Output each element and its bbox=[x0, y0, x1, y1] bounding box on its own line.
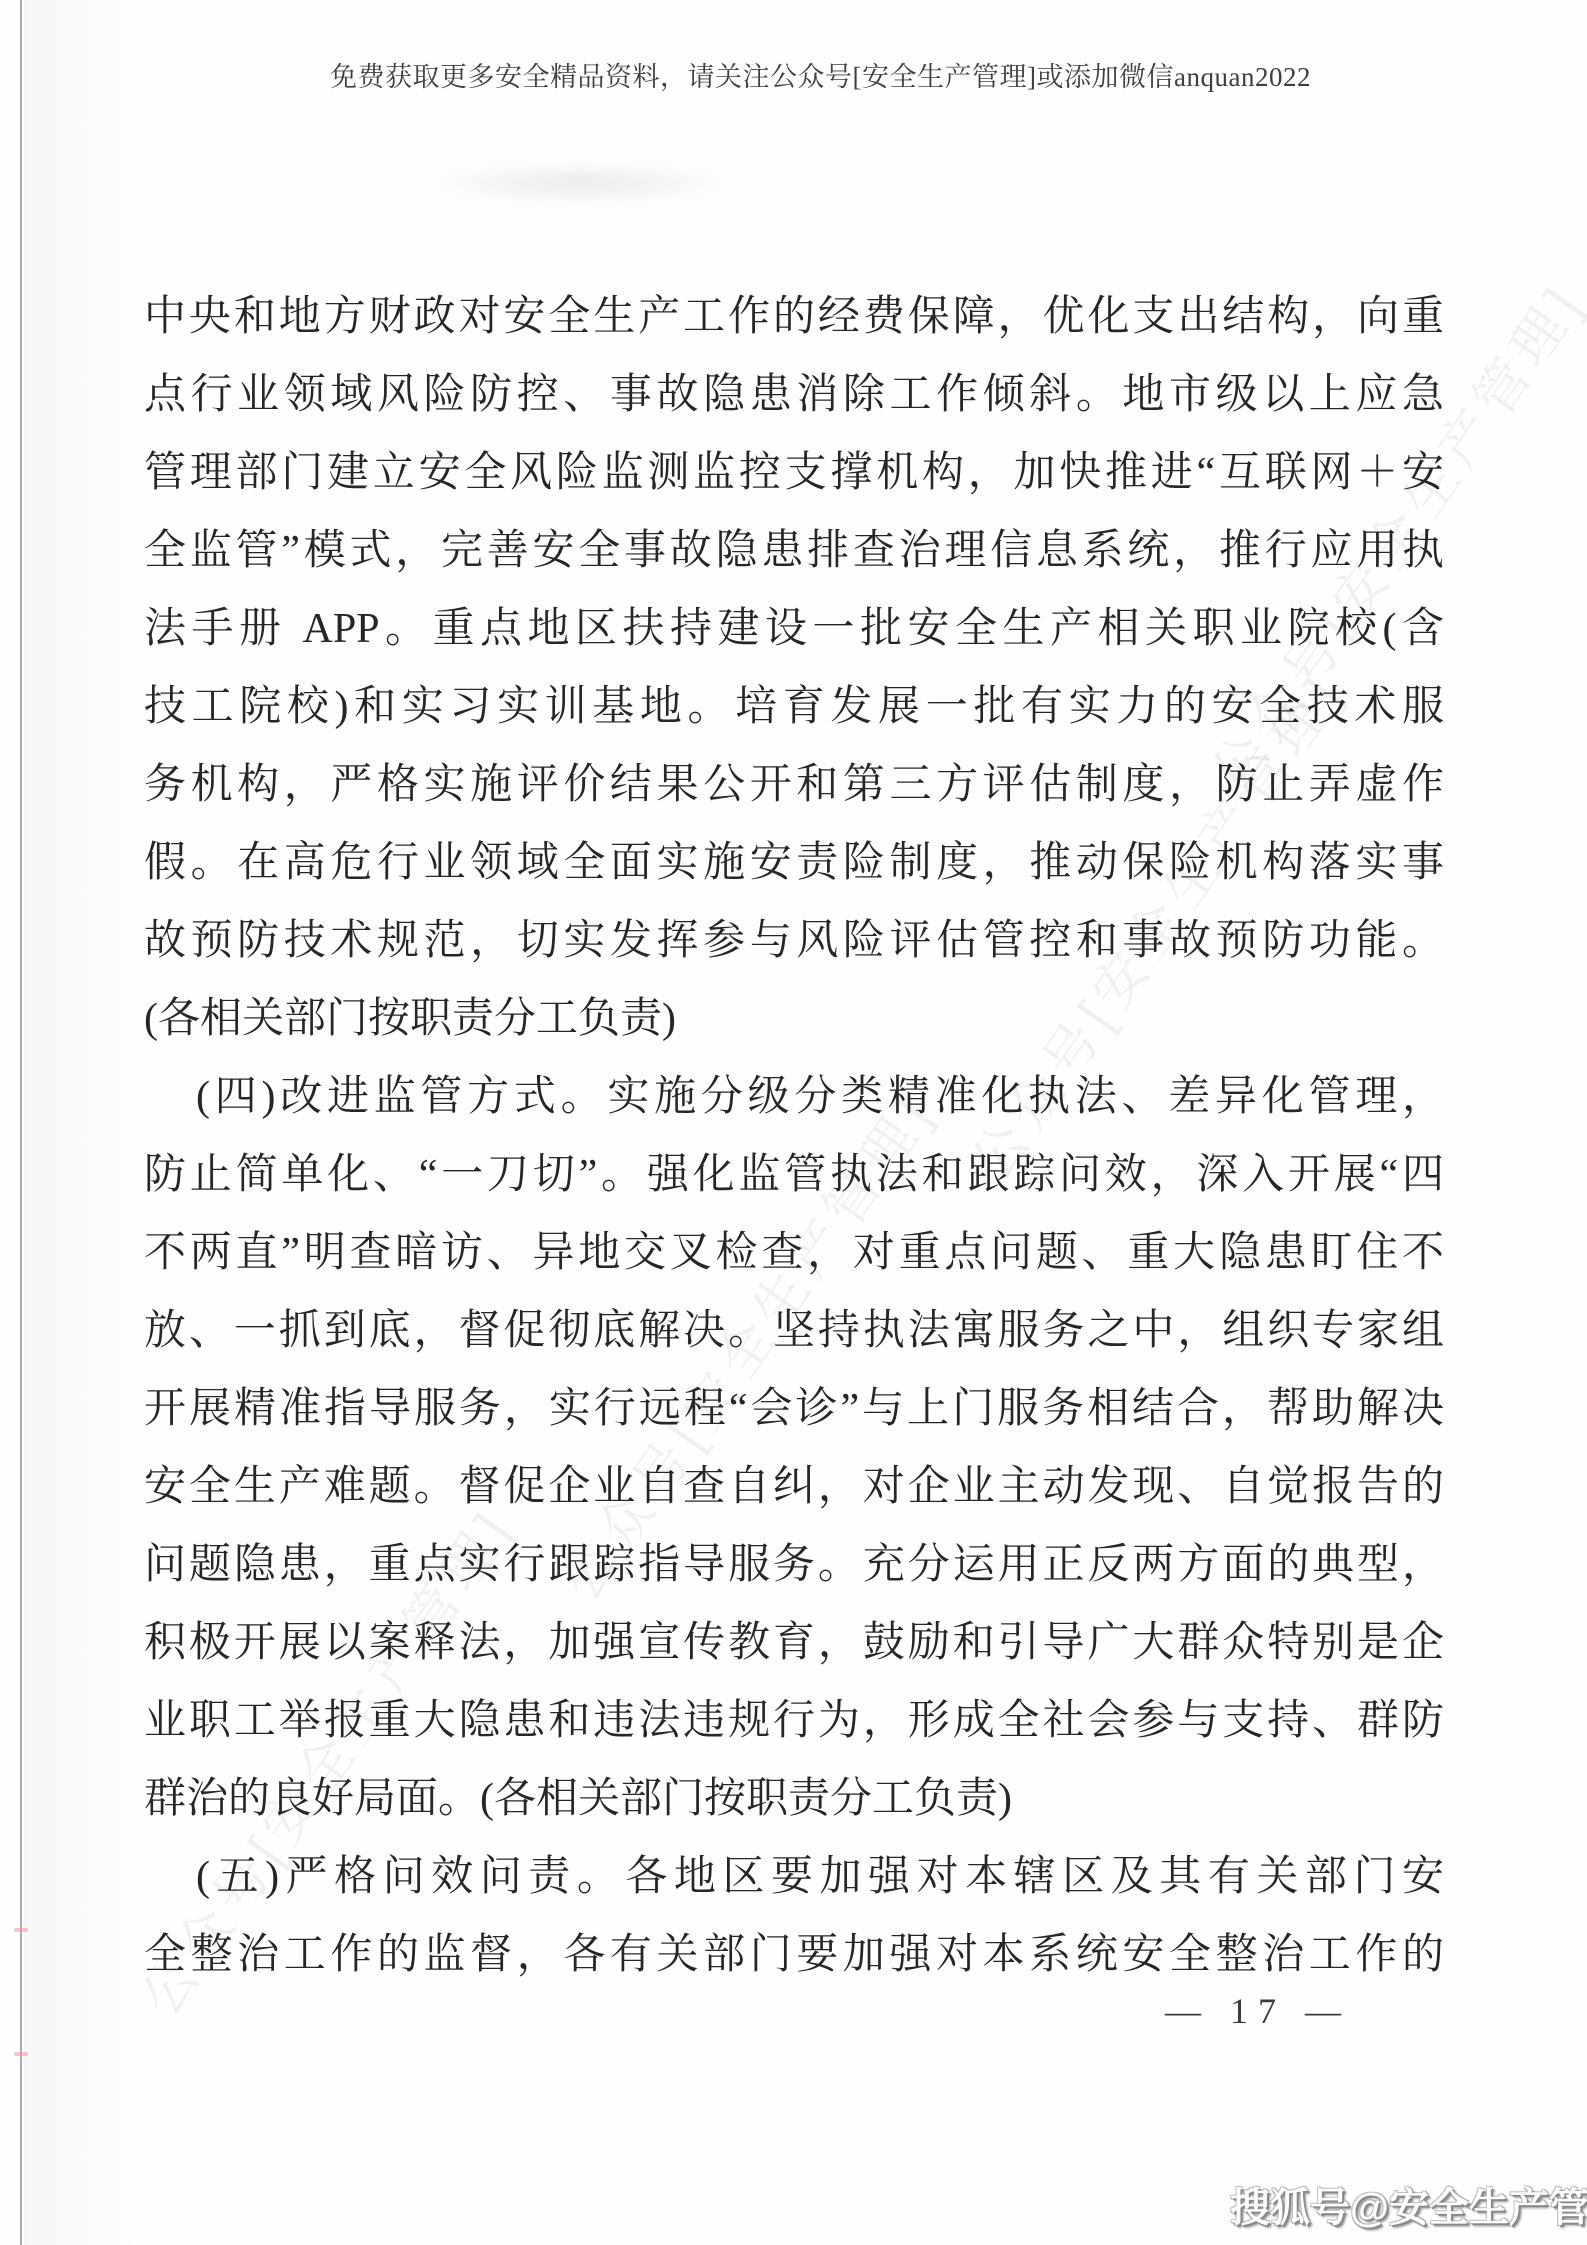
header-promo-note: 免费获取更多安全精品资料，请关注公众号[安全生产管理]或添加微信anquan20… bbox=[330, 55, 1311, 94]
body-line: 积极开展以案释法，加强宣传教育，鼓励和引导广大群众特别是企 bbox=[144, 1604, 1444, 1682]
document-page: 公众号[安全生产管理] 公众号[安全生产管理] 公众号[安全生产管理] 公众号[… bbox=[0, 0, 1587, 2245]
body-line: 安全生产难题。督促企业自查自纠，对企业主动发现、自觉报告的 bbox=[144, 1448, 1444, 1526]
scan-smudge bbox=[420, 160, 740, 206]
sohu-watermark: 搜狐号@安全生产管理 bbox=[1230, 2176, 1587, 2233]
body-line: 不两直”明查暗访、异地交叉检查，对重点问题、重大隐患盯住不 bbox=[144, 1214, 1444, 1292]
body-line: 管理部门建立安全风险监测监控支撑机构，加快推进“互联网＋安 bbox=[144, 434, 1444, 512]
body-line: 全整治工作的监督，各有关部门要加强对本系统安全整治工作的 bbox=[144, 1916, 1444, 1994]
scan-edge-line bbox=[20, 0, 22, 2245]
body-line: 开展精准指导服务，实行远程“会诊”与上门服务相结合，帮助解决 bbox=[144, 1370, 1444, 1448]
body-line: (各相关部门按职责分工负责) bbox=[144, 980, 1444, 1058]
body-line: 技工院校)和实习实训基地。培育发展一批有实力的安全技术服 bbox=[144, 668, 1444, 746]
body-line-section-5: (五)严格问效问责。各地区要加强对本辖区及其有关部门安 bbox=[144, 1838, 1444, 1916]
body-line: 法手册 APP。重点地区扶持建设一批安全生产相关职业院校(含 bbox=[144, 590, 1444, 668]
body-line: 中央和地方财政对安全生产工作的经费保障，优化支出结构，向重 bbox=[144, 278, 1444, 356]
page-number: — 17 — bbox=[1165, 1990, 1351, 2032]
body-line: 问题隐患，重点实行跟踪指导服务。充分运用正反两方面的典型， bbox=[144, 1526, 1444, 1604]
document-body: 中央和地方财政对安全生产工作的经费保障，优化支出结构，向重 点行业领域风险防控、… bbox=[144, 278, 1444, 1994]
scan-artifact-mark bbox=[14, 1928, 28, 1932]
body-line: 务机构，严格实施评价结果公开和第三方评估制度，防止弄虚作 bbox=[144, 746, 1444, 824]
body-line: 故预防技术规范，切实发挥参与风险评估管控和事故预防功能。 bbox=[144, 902, 1444, 980]
body-line-section-4: (四)改进监管方式。实施分级分类精准化执法、差异化管理， bbox=[144, 1058, 1444, 1136]
scan-artifact-mark bbox=[14, 2052, 28, 2056]
body-line: 全监管”模式，完善安全事故隐患排查治理信息系统，推行应用执 bbox=[144, 512, 1444, 590]
body-line: 群治的良好局面。(各相关部门按职责分工负责) bbox=[144, 1760, 1444, 1838]
body-line: 点行业领域风险防控、事故隐患消除工作倾斜。地市级以上应急 bbox=[144, 356, 1444, 434]
scan-edge-tint bbox=[24, 0, 144, 2245]
body-line: 放、一抓到底，督促彻底解决。坚持执法寓服务之中，组织专家组 bbox=[144, 1292, 1444, 1370]
body-line: 假。在高危行业领域全面实施安责险制度，推动保险机构落实事 bbox=[144, 824, 1444, 902]
body-line: 防止简单化、“一刀切”。强化监管执法和跟踪问效，深入开展“四 bbox=[144, 1136, 1444, 1214]
body-line: 业职工举报重大隐患和违法违规行为，形成全社会参与支持、群防 bbox=[144, 1682, 1444, 1760]
